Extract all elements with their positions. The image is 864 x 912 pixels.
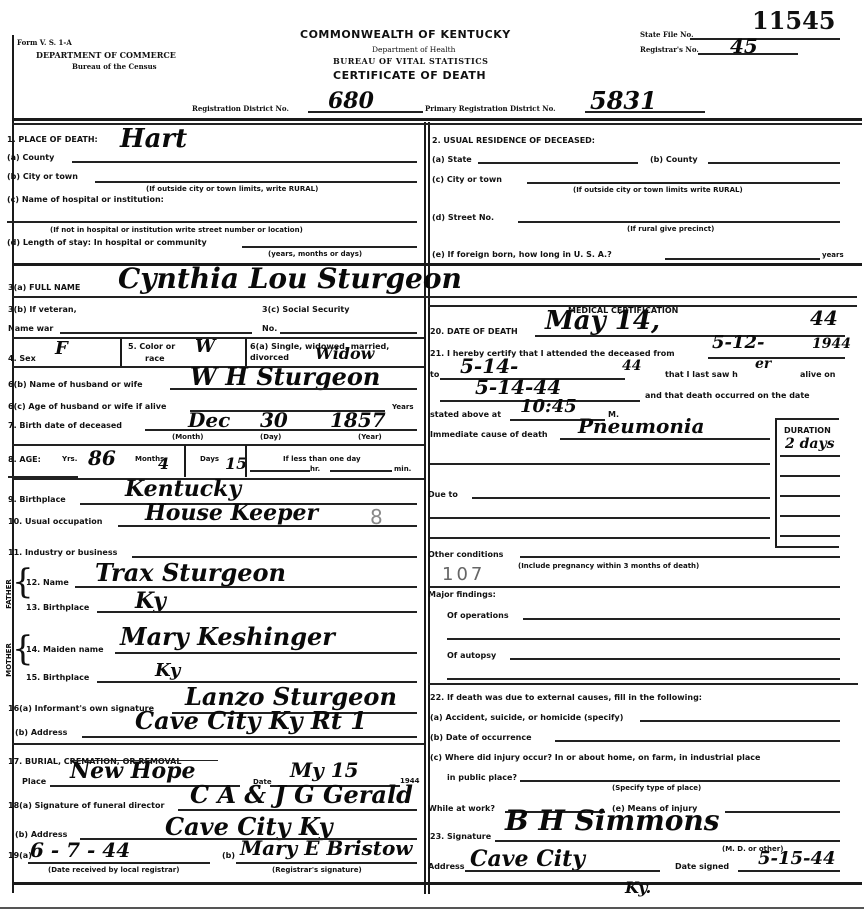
- ssn-field[interactable]: [280, 332, 417, 334]
- duration-label: DURATION: [784, 426, 831, 435]
- address-value: Cave City: [470, 846, 585, 872]
- ssn-label: 3(c) Social Security: [262, 305, 349, 314]
- death-date-value: May 14,: [545, 306, 660, 336]
- duration-field-1[interactable]: [780, 455, 840, 457]
- other-field-2[interactable]: [430, 586, 840, 588]
- age-days-value: 15: [225, 454, 247, 473]
- primary-reg-value: 5831: [590, 86, 657, 115]
- specify-note: (Specify type of place): [612, 784, 701, 792]
- father-birth-field[interactable]: [97, 611, 417, 613]
- stated-label: stated above at: [430, 410, 501, 419]
- row-rule: [12, 337, 424, 339]
- birthplace-value: Kentucky: [125, 476, 241, 502]
- marital-value: Widow: [315, 344, 374, 363]
- director-label: 18(a) Signature of funeral director: [8, 801, 164, 810]
- alive-on-label: alive on: [800, 370, 836, 379]
- day-caption: (Day): [260, 433, 281, 441]
- full-name-line: [12, 296, 857, 298]
- res-city-field[interactable]: [527, 182, 840, 184]
- director-value: C A & J G Gerald: [190, 780, 413, 809]
- father-name-label: 12. Name: [26, 578, 69, 587]
- city-label: (b) City or town: [7, 172, 78, 181]
- stay-note: (years, months or days): [268, 250, 362, 258]
- state-file-value: 11545: [752, 6, 836, 35]
- received-caption: (Date received by local registrar): [48, 866, 179, 874]
- extra-note: Ky.: [625, 878, 651, 897]
- received-value: 6 - 7 - 44: [30, 838, 130, 862]
- place-of-death-heading: 1. PLACE OF DEATH:: [7, 135, 98, 144]
- registrar-caption: (Registrar's signature): [272, 866, 362, 874]
- commonwealth-title: COMMONWEALTH OF KENTUCKY: [300, 28, 511, 41]
- father-name-value: Trax Sturgeon: [95, 558, 286, 587]
- spouse-age-label: 6(c) Age of husband or wife if alive: [8, 402, 166, 411]
- age-months-value: 4: [158, 454, 169, 473]
- reg-district-label: Registration District No.: [192, 104, 289, 113]
- autopsy-field[interactable]: [510, 658, 840, 660]
- registrar-no-label: Registrar's No.: [640, 45, 699, 54]
- spouse-field[interactable]: [170, 388, 417, 390]
- signed-value: 5-15-44: [758, 848, 836, 869]
- mother-name-label: 14. Maiden name: [26, 645, 104, 654]
- operations-field[interactable]: [523, 618, 840, 620]
- received-field[interactable]: [28, 862, 210, 864]
- less-day-label: If less than one day: [283, 455, 361, 463]
- registrar-label: (b): [222, 851, 235, 860]
- registrar-field[interactable]: [236, 862, 417, 864]
- duration-field-5[interactable]: [780, 535, 840, 537]
- primary-reg-label: Primary Registration District No.: [425, 104, 556, 113]
- cause-field-2[interactable]: [430, 463, 770, 465]
- year-caption: (Year): [358, 433, 382, 441]
- informant-addr-value: Cave City Ky Rt 1: [135, 706, 367, 735]
- death-date-label: 20. DATE OF DEATH: [430, 327, 518, 336]
- attended-from-value: 5-12-: [712, 332, 765, 353]
- state-file-line: [690, 38, 840, 40]
- other-label: Other conditions: [428, 550, 503, 559]
- state-file-label: State File No.: [640, 30, 694, 39]
- due-to-label: Due to: [428, 490, 458, 499]
- res-city-note: (If outside city or town limits write RU…: [573, 186, 743, 194]
- death-date-field[interactable]: [535, 335, 845, 337]
- informant-addr-label: (b) Address: [15, 728, 67, 737]
- attended-from-field[interactable]: [708, 357, 845, 359]
- age-yrs-label: Yrs.: [62, 455, 77, 463]
- min-field[interactable]: [330, 470, 392, 472]
- time-value: 10:45: [520, 396, 577, 417]
- row-rule: [428, 683, 858, 685]
- res-street-note: (If rural give precinct): [627, 225, 714, 233]
- full-name-label: 3(a) FULL NAME: [8, 283, 80, 292]
- occurrence-label: (b) Date of occurrence: [430, 733, 532, 742]
- res-county-field[interactable]: [708, 162, 840, 164]
- county-value: Hart: [120, 124, 187, 154]
- mother-name-field[interactable]: [115, 652, 417, 654]
- work-label: While at work?: [428, 804, 495, 813]
- accident-label: (a) Accident, suicide, or homicide (spec…: [430, 713, 623, 722]
- certificate-title: CERTIFICATE OF DEATH: [333, 69, 486, 82]
- burial-place-value: New Hope: [70, 758, 196, 784]
- last-saw-gender: er: [755, 356, 771, 372]
- bottom-rule: [12, 882, 862, 885]
- spouse-value: W H Sturgeon: [190, 362, 380, 391]
- res-foreign-field[interactable]: [665, 258, 820, 260]
- city-note: (If outside city or town limits, write R…: [146, 185, 318, 193]
- father-name-field[interactable]: [75, 586, 417, 588]
- stay-label: (d) Length of stay: In hospital or commu…: [7, 238, 207, 247]
- color-label: 5. Color or: [128, 342, 175, 351]
- accident-field[interactable]: [640, 720, 840, 722]
- res-street-field[interactable]: [518, 221, 840, 223]
- month-caption: (Month): [172, 433, 204, 441]
- attended-from-year: 1944: [812, 336, 851, 352]
- due-to-field-3[interactable]: [430, 537, 770, 539]
- other-code: 107: [442, 564, 485, 585]
- name-war-field[interactable]: [60, 332, 252, 334]
- autopsy-field-2[interactable]: [447, 678, 840, 680]
- cause-field[interactable]: [560, 438, 770, 440]
- county-field[interactable]: [72, 161, 417, 163]
- where-label: (c) Where did injury occur? In or about …: [430, 753, 760, 762]
- bureau-vital: BUREAU OF VITAL STATISTICS: [333, 56, 488, 66]
- occupation-field[interactable]: [118, 525, 417, 527]
- hr-label: hr.: [310, 465, 320, 473]
- res-city-label: (c) City or town: [432, 175, 502, 184]
- res-state-field[interactable]: [478, 162, 638, 164]
- dept-health: Department of Health: [372, 45, 455, 54]
- sex-value: F: [55, 338, 68, 359]
- address-label: Address: [428, 862, 465, 871]
- center-divider: [424, 122, 426, 894]
- operations-label: Of operations: [447, 611, 509, 620]
- mother-name-value: Mary Keshinger: [120, 622, 335, 651]
- hospital-label: (c) Name of hospital or institution:: [7, 195, 164, 204]
- major-label: Major findings:: [428, 590, 496, 599]
- duration-field-2[interactable]: [780, 475, 840, 477]
- duration-value: 2 days: [785, 436, 835, 452]
- birthplace-label: 9. Birthplace: [8, 495, 66, 504]
- received-label: 19(a): [8, 851, 32, 860]
- burial-date-value: My 15: [290, 758, 359, 782]
- duration-field-3[interactable]: [780, 495, 840, 497]
- informant-addr-field[interactable]: [82, 736, 417, 738]
- birth-day-value: 30: [260, 408, 288, 432]
- public-label: in public place?: [447, 773, 517, 782]
- bureau-census: Bureau of the Census: [72, 62, 157, 71]
- cause-label: Immediate cause of death: [430, 430, 548, 439]
- other-field[interactable]: [520, 556, 840, 558]
- age-yrs-value: 86: [88, 446, 116, 470]
- cause-value: Pneumonia: [578, 414, 704, 438]
- row-rule: [12, 743, 424, 745]
- mother-birth-label: 15. Birthplace: [26, 673, 89, 682]
- age-divider: [184, 445, 186, 477]
- signature-field[interactable]: [495, 840, 840, 842]
- spouse-age-unit: Years: [392, 403, 414, 411]
- occurred-label: and that death occurred on the date: [645, 391, 810, 400]
- city-field[interactable]: [95, 181, 417, 183]
- full-name-value: Cynthia Lou Sturgeon: [118, 262, 462, 295]
- page-edge: [0, 907, 864, 909]
- external-heading: 22. If death was due to external causes,…: [430, 693, 702, 702]
- duration-box-top: [775, 418, 839, 420]
- res-foreign-unit: years: [822, 251, 844, 259]
- row-rule: [12, 444, 424, 446]
- industry-label: 11. Industry or business: [8, 548, 117, 557]
- registrar-no-value: 45: [730, 34, 758, 58]
- hospital-field[interactable]: [7, 221, 417, 223]
- signed-label: Date signed: [675, 862, 729, 871]
- duration-box-left: [775, 418, 777, 548]
- birth-year-value: 1857: [330, 408, 386, 432]
- sex-label: 4. Sex: [8, 354, 36, 363]
- ssn-no-label: No.: [262, 324, 277, 333]
- age-divider-2: [245, 445, 247, 477]
- address-field[interactable]: [465, 870, 660, 872]
- name-war-label: Name war: [8, 324, 53, 333]
- other-note: (Include pregnancy within 3 months of de…: [518, 562, 699, 570]
- birth-label: 7. Birth date of deceased: [8, 421, 122, 430]
- operations-field-2[interactable]: [447, 638, 840, 640]
- due-to-field[interactable]: [472, 497, 770, 499]
- means-field[interactable]: [725, 811, 840, 813]
- top-rule: [12, 118, 862, 121]
- marital-label-2: divorced: [250, 353, 289, 362]
- form-number: Form V. S. 1-A: [17, 38, 72, 47]
- due-to-field-2[interactable]: [430, 517, 770, 519]
- public-field[interactable]: [520, 780, 840, 782]
- father-birth-label: 13. Birthplace: [26, 603, 89, 612]
- last-saw-label: that I last saw h: [665, 370, 738, 379]
- age-label: 8. AGE:: [8, 455, 41, 464]
- duration-field-4[interactable]: [780, 515, 840, 517]
- sex-divider: [120, 338, 122, 366]
- autopsy-label: Of autopsy: [447, 651, 496, 660]
- res-state-label: (a) State: [432, 155, 472, 164]
- signature-value: B H Simmons: [505, 804, 720, 837]
- spouse-label: 6(b) Name of husband or wife: [8, 380, 143, 389]
- res-foreign-label: (e) If foreign born, how long in U. S. A…: [432, 250, 612, 259]
- center-divider-2: [428, 122, 430, 894]
- duration-box-bottom: [775, 546, 839, 548]
- registrar-value: Mary E Bristow: [240, 836, 413, 860]
- color-value: W: [195, 336, 215, 357]
- informant-label: 16(a) Informant's own signature: [8, 704, 154, 713]
- signed-field[interactable]: [738, 870, 840, 872]
- stay-field[interactable]: [242, 246, 417, 248]
- reg-district-value: 680: [328, 88, 374, 114]
- hr-field[interactable]: [250, 470, 310, 472]
- attended-to-year: 44: [622, 358, 641, 374]
- residence-heading: 2. USUAL RESIDENCE OF DECEASED:: [432, 136, 595, 145]
- burial-place-label: Place: [22, 777, 46, 786]
- min-label: min.: [394, 465, 411, 473]
- to-label: to: [430, 370, 439, 379]
- occurrence-field[interactable]: [555, 740, 840, 742]
- director-field[interactable]: [178, 809, 417, 811]
- county-label: (a) County: [7, 153, 54, 162]
- mother-birth-value: Ky: [155, 660, 180, 681]
- occupation-label: 10. Usual occupation: [8, 517, 102, 526]
- age-days-label: Days: [200, 455, 219, 463]
- veteran-label: 3(b) If veteran,: [8, 305, 77, 314]
- dept-commerce: DEPARTMENT OF COMMERCE: [36, 50, 176, 60]
- occupation-value: House Keeper: [145, 500, 318, 526]
- signature-label: 23. Signature: [430, 832, 491, 841]
- race-label: race: [145, 354, 165, 363]
- hospital-note: (If not in hospital or institution write…: [50, 226, 303, 234]
- res-county-label: (b) County: [650, 155, 698, 164]
- res-street-label: (d) Street No.: [432, 213, 494, 222]
- birth-month-value: Dec: [188, 408, 230, 432]
- death-year-value: 44: [810, 306, 838, 330]
